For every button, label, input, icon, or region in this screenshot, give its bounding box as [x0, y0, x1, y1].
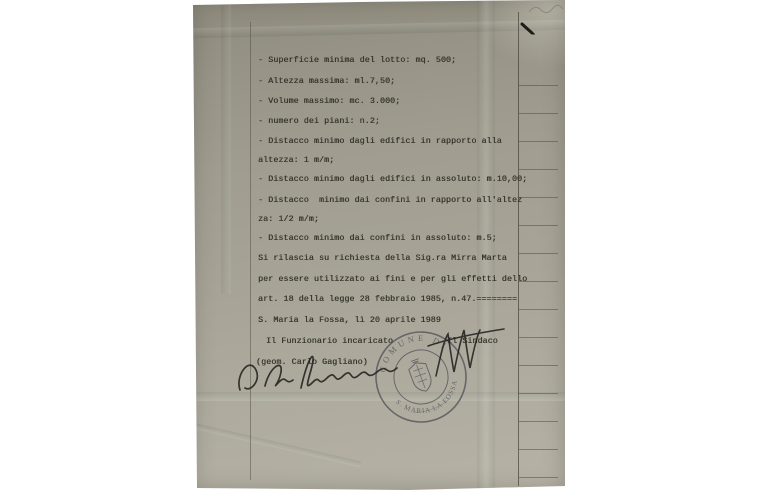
document-page: - Superficie minima del lotto: mq. 500; … — [193, 0, 565, 490]
pencil-scribble — [529, 5, 563, 12]
signature-left — [239, 356, 397, 390]
stamp-text-bottom: S. MARIA LA FOSSA — [393, 377, 467, 425]
overlay-graphics: COMUNE DI S. MARIA LA FOSSA — [193, 0, 565, 490]
svg-text:S. MARIA LA FOSSA: S. MARIA LA FOSSA — [393, 377, 467, 425]
staple-mark — [522, 24, 534, 34]
photo-background: - Superficie minima del lotto: mq. 500; … — [0, 0, 764, 492]
stamp-coat-of-arms — [406, 357, 434, 394]
